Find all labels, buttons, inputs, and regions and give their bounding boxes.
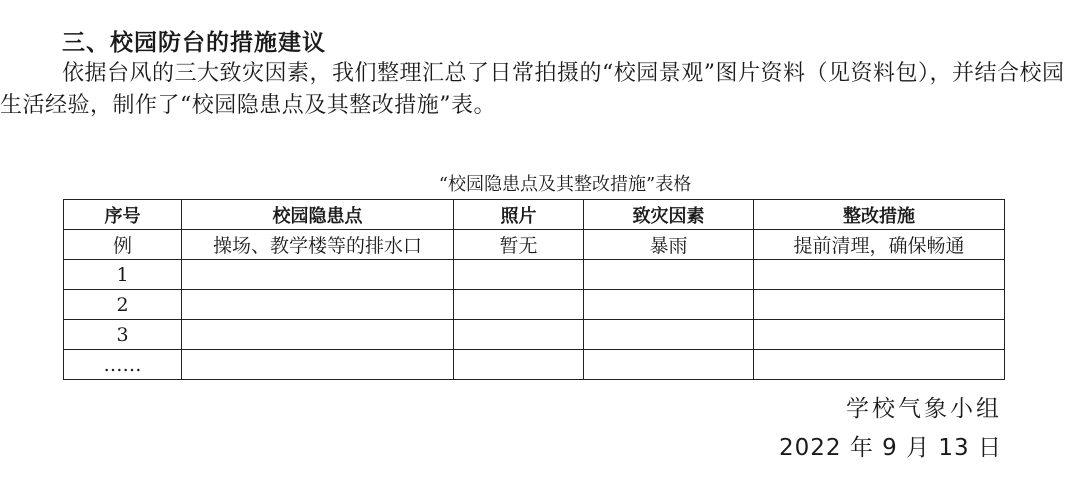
cell-photo: [454, 260, 584, 290]
cell-disaster-factor: [584, 260, 754, 290]
cell-photo: 暂无: [454, 230, 584, 260]
cell-index: 1: [64, 260, 182, 290]
cell-hazard-point: 操场、教学楼等的排水口: [182, 230, 454, 260]
table-header-row: 序号 校园隐患点 照片 致灾因素 整改措施: [64, 200, 1005, 230]
date: 2022 年 9 月 13 日: [779, 429, 1002, 462]
cell-disaster-factor: [584, 290, 754, 320]
hazard-table: 序号 校园隐患点 照片 致灾因素 整改措施 例 操场、教学楼等的排水口 暂无 暴…: [63, 199, 1005, 380]
cell-disaster-factor: 暴雨: [584, 230, 754, 260]
cell-remedy: [754, 320, 1005, 350]
cell-index: 2: [64, 290, 182, 320]
signature: 学校气象小组: [846, 390, 1002, 423]
header-disaster-factor: 致灾因素: [584, 200, 754, 230]
cell-disaster-factor: [584, 350, 754, 380]
cell-photo: [454, 320, 584, 350]
table-row: 3: [64, 320, 1005, 350]
cell-index: 例: [64, 230, 182, 260]
table-row: 例 操场、教学楼等的排水口 暂无 暴雨 提前清理，确保畅通: [64, 230, 1005, 260]
cell-remedy: [754, 290, 1005, 320]
header-photo: 照片: [454, 200, 584, 230]
header-index: 序号: [64, 200, 182, 230]
cell-hazard-point: [182, 350, 454, 380]
table-row: 2: [64, 290, 1005, 320]
section-heading: 三、校园防台的措施建议: [62, 24, 326, 57]
cell-disaster-factor: [584, 320, 754, 350]
table-row: 1: [64, 260, 1005, 290]
cell-photo: [454, 350, 584, 380]
cell-hazard-point: [182, 260, 454, 290]
header-hazard-point: 校园隐患点: [182, 200, 454, 230]
table-caption: “校园隐患点及其整改措施”表格: [0, 170, 1080, 196]
cell-remedy: [754, 260, 1005, 290]
cell-index: 3: [64, 320, 182, 350]
header-remedy: 整改措施: [754, 200, 1005, 230]
cell-photo: [454, 290, 584, 320]
table-row: ……: [64, 350, 1005, 380]
cell-hazard-point: [182, 320, 454, 350]
cell-remedy: 提前清理，确保畅通: [754, 230, 1005, 260]
cell-hazard-point: [182, 290, 454, 320]
cell-index: ……: [64, 350, 182, 380]
cell-remedy: [754, 350, 1005, 380]
intro-paragraph: 依据台风的三大致灾因素，我们整理汇总了日常拍摄的“校园景观”图片资料（见资料包）…: [0, 58, 1075, 122]
